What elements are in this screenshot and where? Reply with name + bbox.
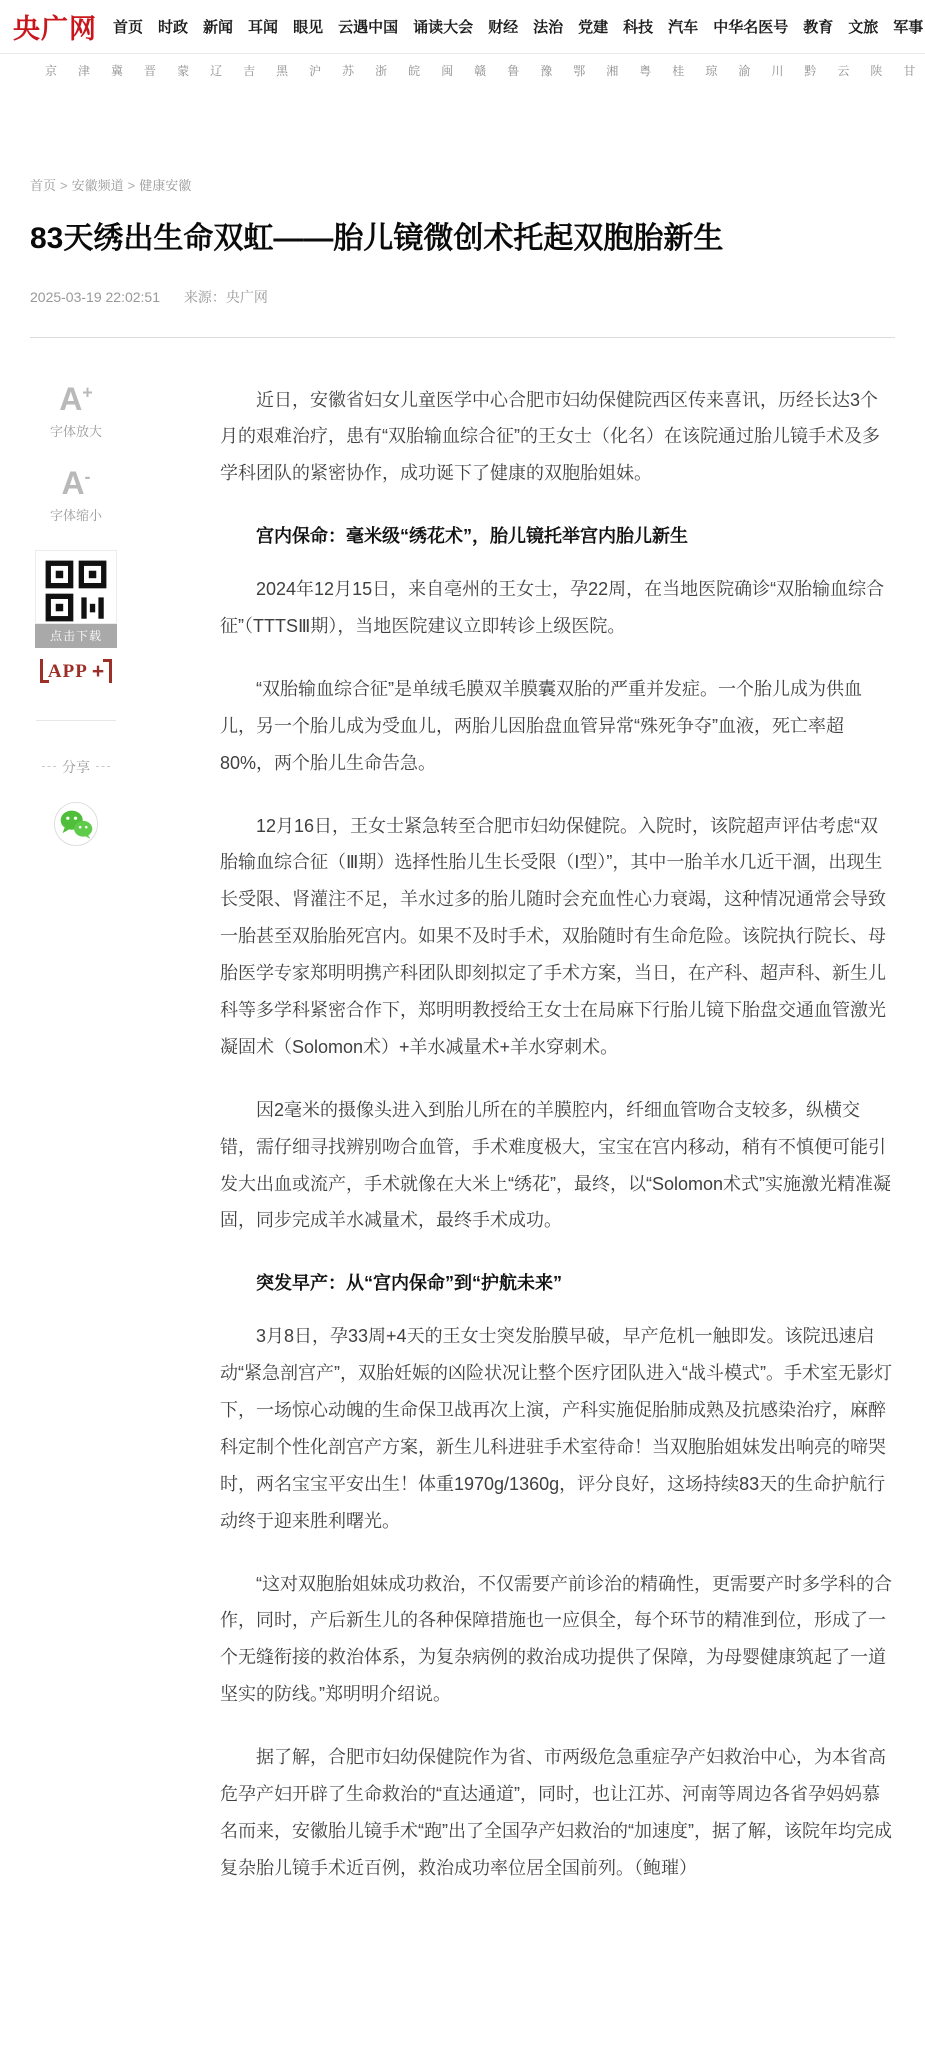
wechat-icon <box>53 801 99 847</box>
province-link[interactable]: 蒙 <box>177 62 189 79</box>
breadcrumb-item[interactable]: 安徽频道 <box>72 178 124 193</box>
nav-item[interactable]: 新闻 <box>203 16 233 37</box>
province-link[interactable]: 桂 <box>672 62 684 79</box>
nav-item[interactable]: 科技 <box>623 16 653 37</box>
province-link[interactable]: 皖 <box>408 62 420 79</box>
province-link[interactable]: 湘 <box>606 62 618 79</box>
app-download-block[interactable]: 点击下载 APP + <box>35 550 117 686</box>
font-shrink-symbol: A- <box>30 466 122 501</box>
site-logo[interactable]: 央广网 <box>13 7 97 46</box>
province-link[interactable]: 陕 <box>870 62 882 79</box>
nav-item[interactable]: 财经 <box>488 16 518 37</box>
font-shrink-button[interactable]: A- 字体缩小 <box>30 466 122 524</box>
top-nav: 央广网 首页时政新闻耳闻眼见云遇中国诵读大会财经法治党建科技汽车中华名医号教育文… <box>0 0 925 87</box>
province-link[interactable]: 甘 <box>903 62 915 79</box>
province-link[interactable]: 黔 <box>804 62 816 79</box>
breadcrumb: 首页>安徽频道>健康安徽 <box>30 175 895 194</box>
article-paragraph: 2024年12月15日，来自亳州的王女士，孕22周，在当地医院确诊“双胎输血综合… <box>220 571 895 645</box>
main-nav-items: 首页时政新闻耳闻眼见云遇中国诵读大会财经法治党建科技汽车中华名医号教育文旅军事房… <box>113 16 925 37</box>
nav-item[interactable]: 耳闻 <box>248 16 278 37</box>
province-link[interactable]: 琼 <box>705 62 717 79</box>
source-link[interactable]: 央广网 <box>226 289 268 305</box>
nav-item[interactable]: 眼见 <box>293 16 323 37</box>
main-nav-row: 央广网 首页时政新闻耳闻眼见云遇中国诵读大会财经法治党建科技汽车中华名医号教育文… <box>0 0 925 54</box>
app-logo-bracket-right <box>103 659 112 683</box>
nav-item[interactable]: 文旅 <box>848 16 878 37</box>
breadcrumb-item[interactable]: 健康安徽 <box>139 178 191 193</box>
share-label: 分享 <box>30 757 122 777</box>
article-meta: 2025-03-19 22:02:51 来源：央广网 <box>30 287 895 307</box>
app-logo-text: APP <box>48 661 88 683</box>
font-shrink-label: 字体缩小 <box>30 505 122 524</box>
province-link[interactable]: 吉 <box>243 62 255 79</box>
province-nav: 京津冀晋蒙辽吉黑沪苏浙皖闽赣鲁豫鄂湘粤桂琼渝川黔云陕甘青 <box>0 54 925 87</box>
nav-item[interactable]: 教育 <box>803 16 833 37</box>
app-logo: APP + <box>40 658 112 686</box>
nav-item[interactable]: 云遇中国 <box>338 16 398 37</box>
nav-item[interactable]: 党建 <box>578 16 608 37</box>
breadcrumb-item[interactable]: 首页 <box>30 178 56 193</box>
nav-item[interactable]: 中华名医号 <box>713 16 788 37</box>
section-heading: 宫内保命：毫米级“绣花术”，胎儿镜托举宫内胎儿新生 <box>220 518 895 555</box>
article-paragraph: 据了解，合肥市妇幼保健院作为省、市两级危急重症孕产妇救治中心，为本省高危孕产妇开… <box>220 1739 895 1887</box>
breadcrumb-separator: > <box>60 178 68 193</box>
province-link[interactable]: 鲁 <box>507 62 519 79</box>
province-link[interactable]: 晋 <box>144 62 156 79</box>
publish-time: 2025-03-19 22:02:51 <box>30 289 160 305</box>
province-link[interactable]: 沪 <box>309 62 321 79</box>
section-heading: 突发早产：从“宫内保命”到“护航未来” <box>220 1265 895 1302</box>
qr-code-icon <box>44 559 108 623</box>
nav-item[interactable]: 首页 <box>113 16 143 37</box>
article-body: 近日，安徽省妇女儿童医学中心合肥市妇幼保健院西区传来喜讯，历经长达3个月的艰难治… <box>220 382 895 1913</box>
province-link[interactable]: 闽 <box>441 62 453 79</box>
province-link[interactable]: 赣 <box>474 62 486 79</box>
app-logo-bracket-left <box>40 659 49 683</box>
nav-item[interactable]: 汽车 <box>668 16 698 37</box>
nav-item[interactable]: 时政 <box>158 16 188 37</box>
nav-item[interactable]: 诵读大会 <box>413 16 473 37</box>
meta-divider <box>30 337 895 338</box>
qr-download-caption: 点击下载 <box>35 624 117 648</box>
content-area: 首页>安徽频道>健康安徽 83天绣出生命双虹——胎儿镜微创术托起双胞胎新生 20… <box>0 175 925 1913</box>
province-link[interactable]: 京 <box>45 62 57 79</box>
province-link[interactable]: 粤 <box>639 62 651 79</box>
province-link[interactable]: 津 <box>78 62 90 79</box>
font-enlarge-label: 字体放大 <box>30 421 122 440</box>
article-paragraph: 近日，安徽省妇女儿童医学中心合肥市妇幼保健院西区传来喜讯，历经长达3个月的艰难治… <box>220 382 895 493</box>
nav-item[interactable]: 法治 <box>533 16 563 37</box>
province-link[interactable]: 鄂 <box>573 62 585 79</box>
article-paragraph: 3月8日，孕33周+4天的王女士突发胎膜早破，早产危机一触即发。该院迅速启动“紧… <box>220 1318 895 1539</box>
province-link[interactable]: 川 <box>771 62 783 79</box>
article-toolbar: A+ 字体放大 A- 字体缩小 <box>30 382 122 1913</box>
article-paragraph: “双胎输血综合征”是单绒毛膜双羊膜囊双胎的严重并发症。一个胎儿成为供血儿，另一个… <box>220 671 895 782</box>
font-enlarge-symbol: A+ <box>30 382 122 417</box>
province-link[interactable]: 苏 <box>342 62 354 79</box>
article-paragraph: 因2毫米的摄像头进入到胎儿所在的羊膜腔内，纤细血管吻合支较多，纵横交错，需仔细寻… <box>220 1092 895 1240</box>
source-label: 来源： <box>184 289 226 305</box>
wechat-share-button[interactable] <box>53 801 99 847</box>
page-title: 83天绣出生命双虹——胎儿镜微创术托起双胞胎新生 <box>30 216 895 263</box>
nav-item[interactable]: 军事 <box>893 16 923 37</box>
province-link[interactable]: 黑 <box>276 62 288 79</box>
qr-code-frame <box>35 550 117 624</box>
breadcrumb-separator: > <box>128 178 136 193</box>
province-link[interactable]: 辽 <box>210 62 222 79</box>
toolbar-divider <box>36 720 116 721</box>
province-link[interactable]: 浙 <box>375 62 387 79</box>
article-paragraph: “这对双胞胎姐妹成功救治，不仅需要产前诊治的精确性，更需要产时多学科的合作，同时… <box>220 1566 895 1714</box>
province-link[interactable]: 冀 <box>111 62 123 79</box>
province-link[interactable]: 豫 <box>540 62 552 79</box>
province-link[interactable]: 云 <box>837 62 849 79</box>
province-link[interactable]: 渝 <box>738 62 750 79</box>
article-paragraph: 12月16日，王女士紧急转至合肥市妇幼保健院。入院时，该院超声评估考虑“双胎输血… <box>220 808 895 1066</box>
font-enlarge-button[interactable]: A+ 字体放大 <box>30 382 122 440</box>
article-layout: A+ 字体放大 A- 字体缩小 <box>30 382 895 1913</box>
